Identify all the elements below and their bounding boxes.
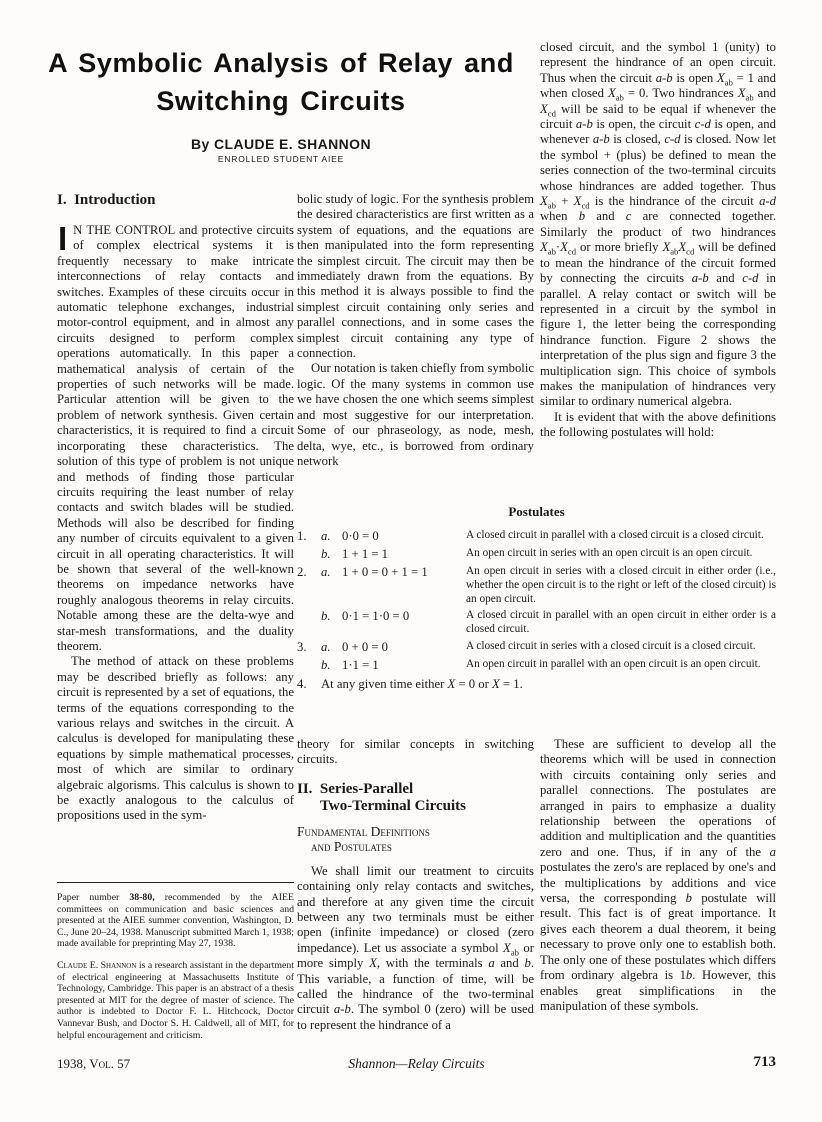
- footnote-paper-number: Paper number 38-80, recommended by the A…: [57, 892, 294, 950]
- postulate-statement: At any given time either X = 0 or X = 1.: [321, 677, 776, 692]
- subheading-line-2: and Postulates: [297, 839, 534, 855]
- title-line-2: Switching Circuits: [40, 82, 522, 120]
- paragraph-synthesis: bolic study of logic. For the synthesis …: [297, 192, 534, 361]
- postulate-equation: 1 + 0 = 0 + 1 = 1: [342, 565, 466, 580]
- subheading-line-1: Fundamental Definitions: [297, 824, 534, 840]
- postulate-number: 1.: [297, 529, 321, 544]
- postulate-row-2b: b. 0·1 = 1·0 = 0 A closed circuit in par…: [297, 609, 776, 637]
- postulate-number: 2.: [297, 565, 321, 580]
- intro-paragraph-1: IN THE CONTROL and protective circuits o…: [57, 223, 294, 654]
- author-byline: By CLAUDE E. SHANNON: [40, 136, 522, 152]
- author-affiliation: ENROLLED STUDENT AIEE: [40, 154, 522, 164]
- paper-page: A Symbolic Analysis of Relay and Switchi…: [0, 0, 822, 1122]
- postulate-equation: 0·0 = 0: [342, 529, 466, 544]
- running-head: Shannon—Relay Circuits: [57, 1056, 776, 1072]
- postulate-equation: 1 + 1 = 1: [342, 547, 466, 562]
- footnote-divider: [57, 882, 294, 883]
- paragraph-treatment-limits: We shall limit our treatment to circuits…: [297, 864, 534, 1033]
- page-number: 713: [754, 1054, 777, 1071]
- postulate-equation: 0 + 0 = 0: [342, 640, 466, 655]
- column-2-bottom: theory for similar concepts in switching…: [297, 737, 534, 1033]
- column-2-top: bolic study of logic. For the synthesis …: [297, 192, 534, 469]
- postulate-description: A closed circuit in parallel with a clos…: [466, 529, 776, 543]
- postulates-heading: Postulates: [297, 504, 776, 520]
- intro-paragraph-2: The method of attack on these problems m…: [57, 654, 294, 823]
- postulate-letter: b.: [321, 547, 342, 562]
- postulate-letter: b.: [321, 658, 342, 673]
- postulate-letter: b.: [321, 609, 342, 624]
- paragraph-duality: These are sufficient to develop all the …: [540, 737, 776, 1014]
- postulate-row-3b: b. 1·1 = 1 An open circuit in parallel w…: [297, 658, 776, 673]
- postulate-letter: a.: [321, 565, 342, 580]
- page-footer: 1938, Vol. 57 Shannon—Relay Circuits 713: [57, 1056, 776, 1076]
- postulate-row-3a: 3. a. 0 + 0 = 0 A closed circuit in seri…: [297, 640, 776, 655]
- column-3-bottom: These are sufficient to develop all the …: [540, 737, 776, 1014]
- paragraph-theory-continuation: theory for similar concepts in switching…: [297, 737, 534, 768]
- postulate-number: 4.: [297, 677, 321, 692]
- paragraph-hindrance: closed circuit, and the symbol 1 (unity)…: [540, 40, 776, 410]
- postulate-equation: 1·1 = 1: [342, 658, 466, 673]
- postulates-table: Postulates 1. a. 0·0 = 0 A closed circui…: [297, 504, 776, 695]
- postulate-description: A closed circuit in parallel with an ope…: [466, 609, 776, 637]
- postulate-row-1a: 1. a. 0·0 = 0 A closed circuit in parall…: [297, 529, 776, 544]
- section-heading-series-parallel: II. Series-Parallel Two-Terminal Circuit…: [297, 781, 534, 815]
- footnotes-block: Paper number 38-80, recommended by the A…: [57, 882, 294, 1051]
- section-heading-introduction: I. Introduction: [57, 192, 294, 209]
- postulate-row-1b: b. 1 + 1 = 1 An open circuit in series w…: [297, 547, 776, 562]
- postulate-row-2a: 2. a. 1 + 0 = 0 + 1 = 1 An open circuit …: [297, 565, 776, 606]
- postulate-description: An open circuit in series with an open c…: [466, 547, 776, 561]
- postulate-number: 3.: [297, 640, 321, 655]
- footnote-author-bio: Claude E. Shannon is a research assistan…: [57, 960, 294, 1041]
- paragraph-notation: Our notation is taken chiefly from symbo…: [297, 361, 534, 469]
- heading-line-2: Two-Terminal Circuits: [297, 798, 534, 815]
- paper-title: A Symbolic Analysis of Relay and Switchi…: [40, 44, 522, 120]
- title-block: A Symbolic Analysis of Relay and Switchi…: [40, 44, 522, 164]
- postulate-description: A closed circuit in series with a closed…: [466, 640, 776, 654]
- postulate-row-4: 4. At any given time either X = 0 or X =…: [297, 677, 776, 692]
- postulate-letter: a.: [321, 529, 342, 544]
- postulate-equation: 0·1 = 1·0 = 0: [342, 609, 466, 624]
- intro-paragraph-1-text: N THE CONTROL and protective circuits of…: [57, 223, 294, 653]
- postulate-letter: a.: [321, 640, 342, 655]
- title-line-1: A Symbolic Analysis of Relay and: [40, 44, 522, 82]
- postulate-description: An open circuit in parallel with an open…: [466, 658, 776, 672]
- subheading-fundamental-definitions: Fundamental Definitions and Postulates: [297, 824, 534, 855]
- paragraph-postulates-intro: It is evident that with the above defini…: [540, 410, 776, 441]
- column-1: I. Introduction IN THE CONTROL and prote…: [57, 192, 294, 824]
- postulate-description: An open circuit in series with a closed …: [466, 565, 776, 606]
- dropcap-letter: I: [58, 225, 67, 252]
- heading-line-1: II. Series-Parallel: [297, 781, 534, 798]
- column-3-top: closed circuit, and the symbol 1 (unity)…: [540, 40, 776, 441]
